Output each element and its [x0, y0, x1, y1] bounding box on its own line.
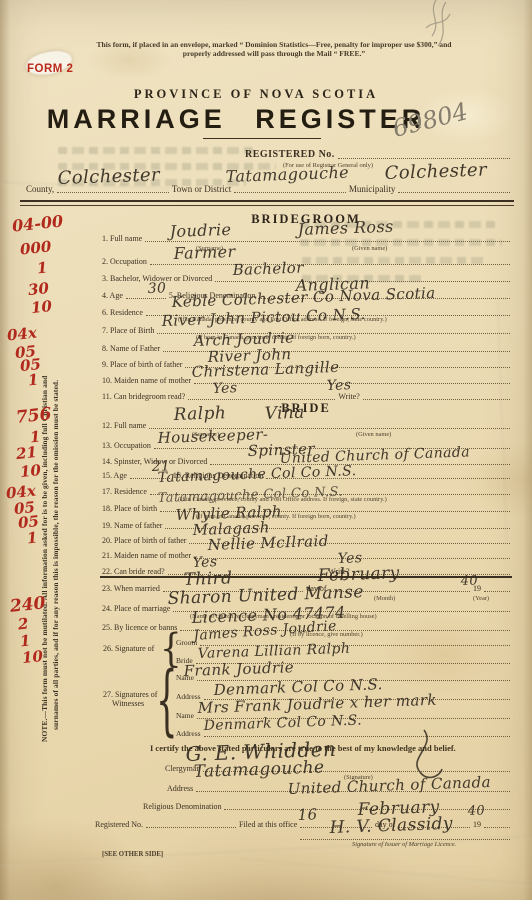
- county-label: County,: [26, 184, 57, 194]
- clergyman-address-value: Tatamagouche: [193, 757, 324, 782]
- clerical-number: 1: [27, 371, 39, 390]
- field-bride-occupation-label: 13. Occupation: [102, 441, 154, 450]
- witness2-name-label: Name: [176, 711, 197, 720]
- bride-given-value: Vina: [264, 403, 305, 424]
- witness1-name-value: Frank Joudrie: [183, 658, 294, 680]
- margin-note-outer: NOTE.—This form must not be mutilated. A…: [40, 376, 49, 743]
- clerical-number: 30: [27, 279, 50, 299]
- groom-status-value: Bachelor: [232, 259, 304, 279]
- field-signature-of-label: 26. Signature of: [103, 644, 154, 653]
- groom-age-blank: [126, 298, 166, 299]
- clerical-number: 10: [30, 297, 53, 317]
- groom-occupation-value: Farmer: [173, 242, 236, 263]
- marriage-register-document: This form, if placed in an envelope, mar…: [0, 0, 532, 900]
- county-blank: [57, 192, 169, 193]
- field-bride-read-label: 22. Can bride read?: [102, 567, 168, 576]
- groom-given-value: James Ross: [297, 217, 394, 239]
- clerical-number: 10: [21, 647, 44, 667]
- clerical-number: 04-00: [11, 211, 64, 235]
- municipality-blank: [398, 192, 510, 193]
- issuer-signature-value: H. V. Classidy: [329, 814, 453, 838]
- section-divider: [20, 200, 514, 206]
- field-groom-read-label: 11. Can bridegroom read?: [102, 392, 188, 401]
- showthrough-text: [58, 147, 253, 154]
- field-groom-birthplace-label: 7. Place of Birth: [102, 326, 157, 335]
- field-groom-mother-label: 10. Maiden name of mother: [102, 376, 194, 385]
- filed-day-value: 16: [297, 805, 318, 824]
- married-year-value: 40: [460, 573, 478, 589]
- field-when-married-label: 23. When married: [102, 584, 163, 593]
- clerical-number: 240: [9, 593, 46, 617]
- issuer-signature-blank: [300, 838, 510, 840]
- field-bride-birthplace-label: 18. Place of birth: [102, 504, 160, 513]
- clerical-number: 000: [19, 237, 52, 258]
- field-bride-age-label: 15. Age: [102, 471, 130, 480]
- title-underline: [203, 138, 321, 139]
- bride-residence-value: Tatamagouche Col Co N.S.: [157, 463, 356, 486]
- field-groom-residence-label: 6. Residence: [102, 308, 146, 317]
- field-bride-father-label: 19. Name of father: [102, 521, 165, 530]
- margin-note-inner: surnames of all parties, and if for any …: [51, 380, 60, 730]
- clergyman-address-label: Address: [167, 784, 196, 793]
- clerical-number: 756: [15, 404, 52, 428]
- clerical-number: 1: [26, 529, 38, 548]
- mail-instruction: This form, if placed in an envelope, mar…: [46, 41, 502, 58]
- form-number: FORM 2: [27, 63, 73, 76]
- clerical-number: 1: [36, 259, 48, 278]
- see-other-side-note: [SEE OTHER SIDE]: [102, 851, 163, 859]
- witnesses-brace: {: [156, 656, 178, 746]
- witness2-address-blank: [204, 736, 510, 737]
- field-groom-father-label: 8. Name of Father: [102, 344, 163, 353]
- given-name-caption: (Given name): [352, 245, 387, 252]
- mail-instruction-line2: properly addressed will pass through the…: [46, 50, 502, 59]
- field-witnesses-label: 27. Signatures of: [103, 690, 157, 699]
- clerical-number: 21: [15, 443, 38, 463]
- registered-no-footer-blank: [146, 827, 236, 828]
- registered-no-footer-label: Registered No.: [95, 820, 146, 829]
- field-witnesses-label2: Witnesses: [112, 699, 144, 708]
- groom-occupation-blank: [150, 264, 510, 265]
- groom-read-value: Yes: [212, 380, 237, 397]
- town-blank: [234, 192, 346, 193]
- groom-write-blank: [363, 399, 510, 400]
- year-caption: (Year): [473, 595, 489, 602]
- paper-crease: [240, 859, 532, 887]
- issuer-caption: Signature of Issuer of Marriage Licence.: [352, 841, 456, 848]
- field-groom-age-label: 4. Age: [102, 291, 126, 300]
- married-year-blank: [484, 591, 510, 592]
- town-label: Town or District: [169, 184, 234, 194]
- county-value: Colchester: [57, 164, 160, 189]
- groom-read-blank: [188, 399, 335, 400]
- bride-surname-value: Ralph: [173, 403, 226, 425]
- municipality-label: Municipality: [346, 184, 399, 194]
- section-divider: [100, 576, 512, 578]
- province-heading: PROVINCE OF NOVA SCOTIA: [0, 87, 512, 101]
- registered-no-label: REGISTERED No.: [245, 149, 338, 160]
- year-prefix-footer: 19: [470, 820, 484, 829]
- municipality-value: Colchester: [384, 159, 487, 184]
- groom-mother-blank: [194, 383, 510, 384]
- groom-fullname-blank: [145, 241, 510, 242]
- field-groom-fullname-label: 1. Full name: [102, 234, 145, 243]
- filed-year-blank: [484, 827, 510, 828]
- field-bride-father-birthplace-label: 20. Place of birth of father: [102, 536, 189, 545]
- bride-section-heading: BRIDE: [100, 401, 512, 416]
- field-groom-father-birthplace-label: 9. Place of birth of father: [102, 360, 185, 369]
- religious-denomination-label: Religious Denomination: [143, 802, 224, 811]
- month-caption: (Month): [374, 595, 395, 602]
- groom-age-value: 30: [147, 280, 166, 297]
- filed-label: Filed at this office: [236, 820, 300, 829]
- groom-write-value: Yes: [326, 377, 351, 394]
- filed-year-value: 40: [467, 803, 485, 819]
- field-bride-fullname-label: 12. Full name: [102, 421, 149, 430]
- given-name-caption: (Given name): [356, 431, 391, 438]
- groom-surname-value: Joudrie: [169, 220, 231, 241]
- clerical-number: 10: [19, 461, 42, 481]
- field-groom-occupation-label: 2. Occupation: [102, 257, 150, 266]
- field-bride-residence-label: 17. Residence: [102, 487, 150, 496]
- field-bride-mother-label: 21. Maiden name of mother: [102, 551, 194, 560]
- field-place-of-marriage-label: 24. Place of marriage: [102, 604, 173, 613]
- witness2-address-label: Address: [176, 729, 204, 738]
